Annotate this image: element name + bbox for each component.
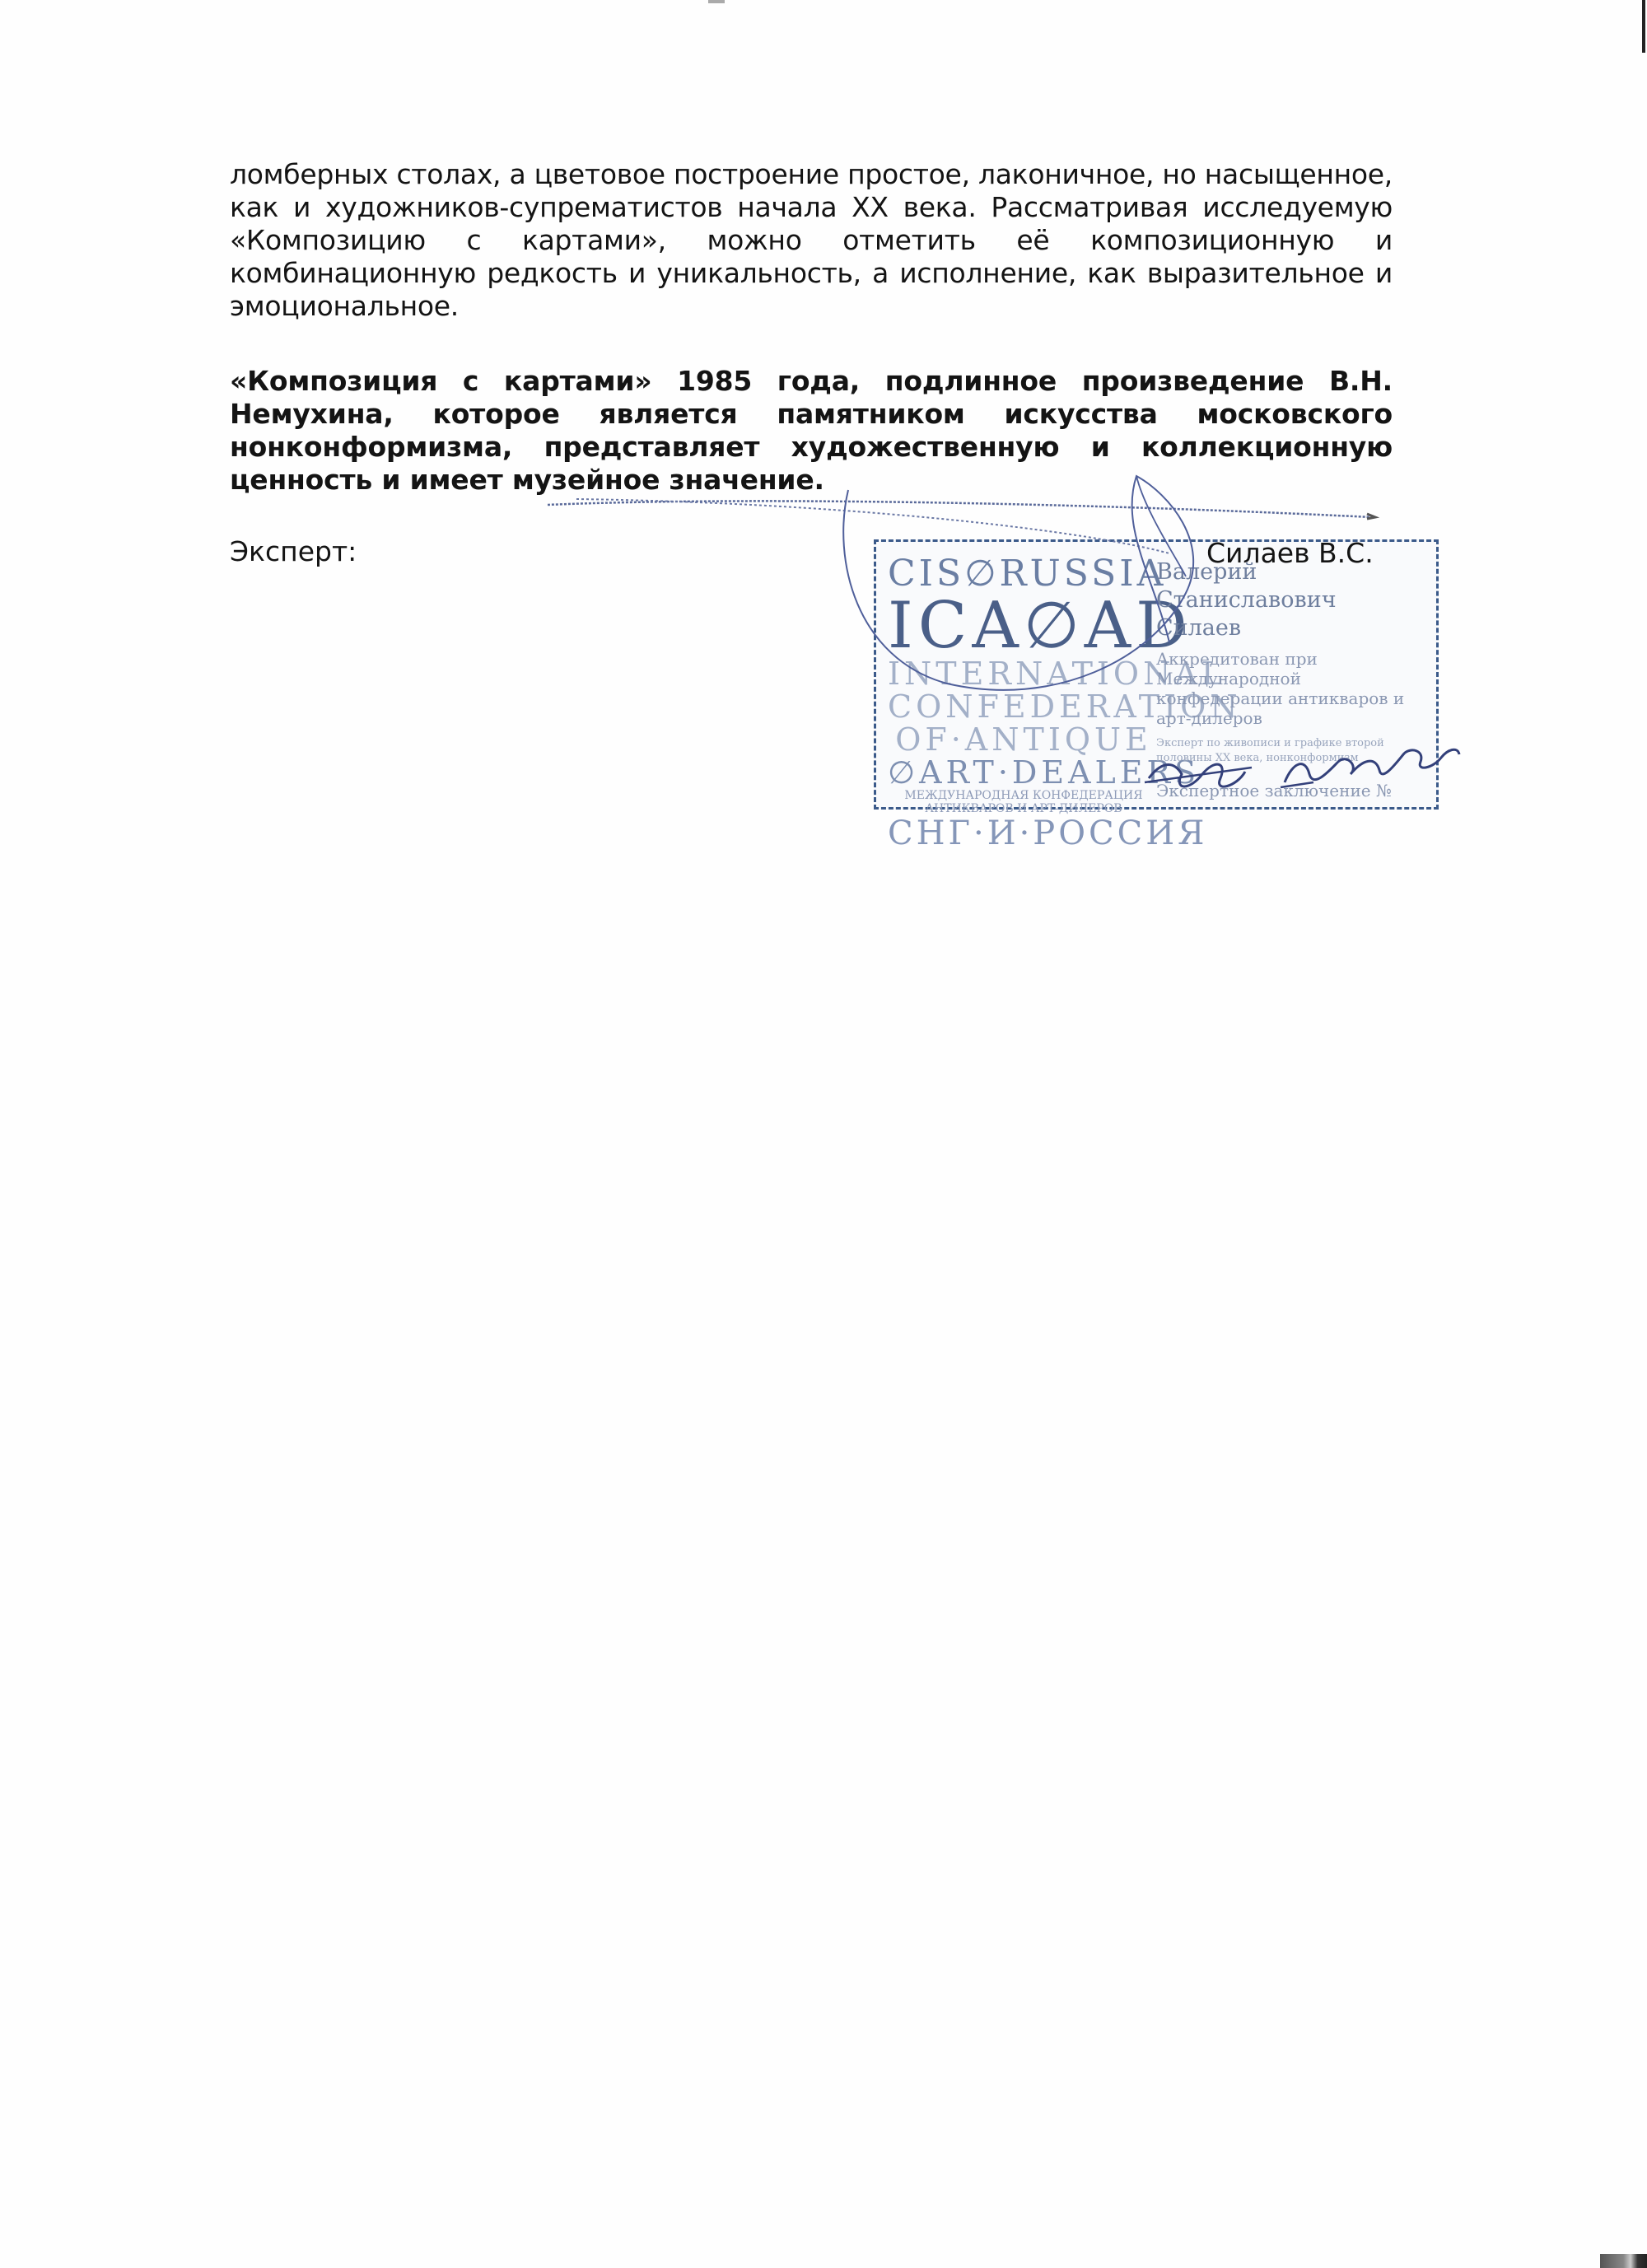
scan-corner-mark bbox=[1600, 2254, 1647, 2268]
conclusion-paragraph: «Композиция с картами» 1985 года, подлин… bbox=[230, 365, 1393, 497]
stamp-line: ∅ART·DEALERS bbox=[888, 756, 1159, 789]
scan-artifact-top bbox=[708, 0, 725, 3]
stamp-line: OF·ANTIQUE bbox=[888, 723, 1159, 756]
stamp-details: Эксперт по живописи и графике второй пол… bbox=[1156, 736, 1428, 766]
stamp-expert-surname: Силаев bbox=[1156, 614, 1428, 642]
expert-label: Эксперт: bbox=[230, 535, 357, 567]
expert-name: Силаев В.С. bbox=[1206, 537, 1374, 569]
scan-edge-mark bbox=[1642, 0, 1645, 53]
document-page: ломберных столах, а цветовое построение … bbox=[0, 0, 1647, 2268]
stamp-line: АНТИКВАРОВ И АРТ-ДИЛЕРОВ bbox=[888, 802, 1159, 815]
stamp-logo-block: CIS∅RUSSIA ICA∅AD INTERNATIONAL CONFEDER… bbox=[888, 553, 1159, 852]
stamp-logo: ICA∅AD bbox=[888, 595, 1159, 657]
stamp-details-block: Валерий Станиславович Силаев Аккредитова… bbox=[1156, 558, 1428, 800]
stamp-line: МЕЖДУНАРОДНАЯ КОНФЕДЕРАЦИЯ bbox=[888, 789, 1159, 802]
stamp-line: INTERNATIONAL bbox=[888, 657, 1159, 690]
body-paragraph: ломберных столах, а цветовое построение … bbox=[230, 158, 1393, 323]
expert-stamp: CIS∅RUSSIA ICA∅AD INTERNATIONAL CONFEDER… bbox=[874, 539, 1439, 810]
stamp-line: СНГ·И·РОССИЯ bbox=[888, 815, 1159, 852]
stamp-accreditation: Аккредитован при Международной конфедера… bbox=[1156, 649, 1428, 728]
handwritten-signature-icon bbox=[0, 0, 1647, 2268]
stamp-line: CONFEDERATION bbox=[888, 690, 1159, 723]
stamp-cert-label: Экспертное заключение № bbox=[1156, 781, 1428, 800]
